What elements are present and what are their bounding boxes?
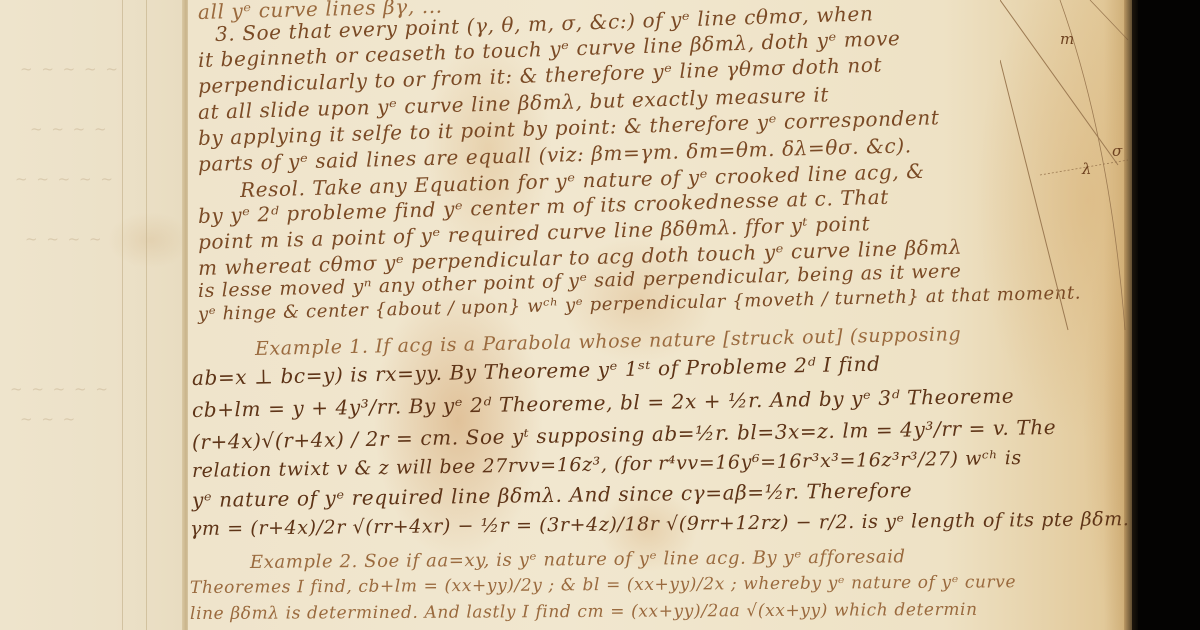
- diagram-label-sigma: σ: [1112, 142, 1122, 160]
- bleed-through-text: ~ ~ ~ ~ ~: [20, 60, 120, 78]
- diagram-label-lambda: λ: [1082, 160, 1092, 178]
- bleed-through-text: ~ ~ ~ ~ ~: [10, 380, 110, 398]
- manuscript-line-23: line βδmλ is determined. And lastly I fi…: [190, 600, 978, 624]
- manuscript-photo: ~ ~ ~ ~ ~ ~ ~ ~ ~ ~ ~ ~ ~ ~ ~ ~ ~ ~ ~ ~ …: [0, 0, 1200, 630]
- page-edge-shadow: [1124, 0, 1138, 630]
- bleed-through-text: ~ ~ ~: [20, 410, 77, 428]
- page-fold-line: [122, 0, 123, 630]
- geometry-diagram: [1000, 0, 1130, 630]
- left-facing-page: ~ ~ ~ ~ ~ ~ ~ ~ ~ ~ ~ ~ ~ ~ ~ ~ ~ ~ ~ ~ …: [0, 0, 186, 630]
- diagram-label-m: m: [1060, 30, 1074, 48]
- bleed-through-text: ~ ~ ~ ~ ~: [15, 170, 115, 188]
- bleed-through-text: ~ ~ ~ ~: [30, 120, 109, 138]
- bleed-through-text: ~ ~ ~ ~: [25, 230, 104, 248]
- page-fold-line: [146, 0, 147, 630]
